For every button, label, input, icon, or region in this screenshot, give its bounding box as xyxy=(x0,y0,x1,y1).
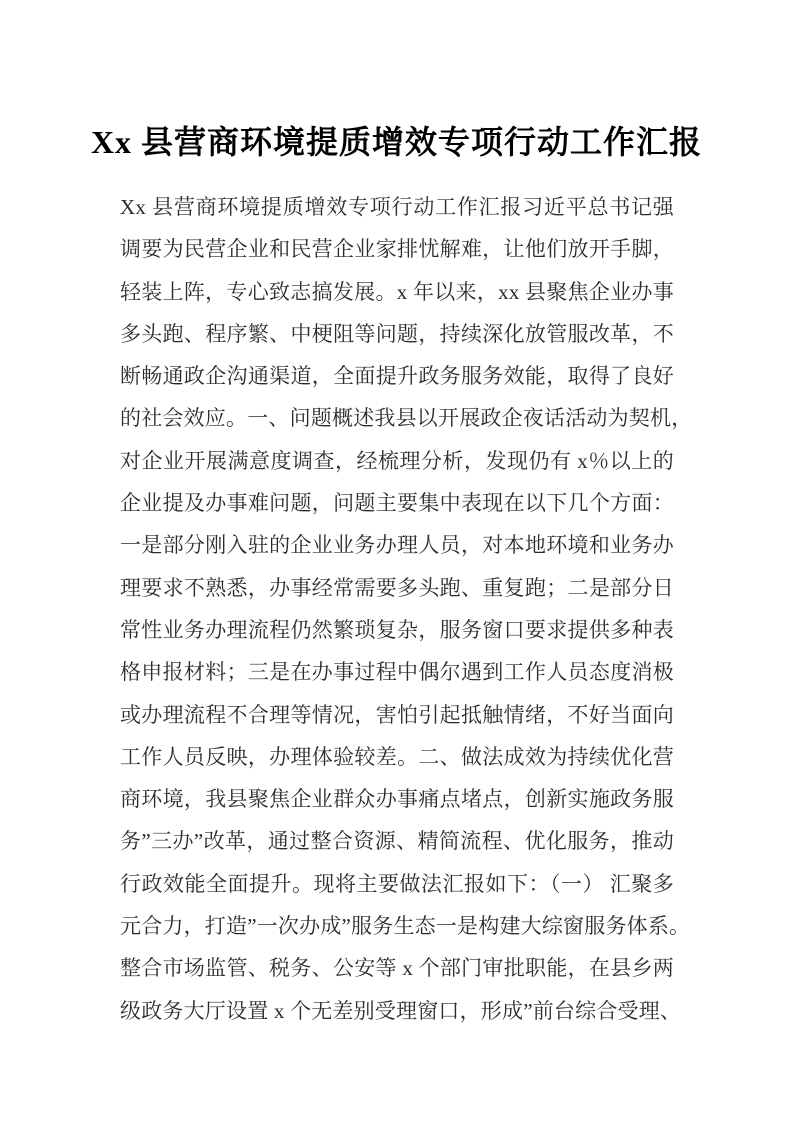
document-body: Xx 县营商环境提质增效专项行动工作汇报习近平总书记强调要为民营企业和民营企业家… xyxy=(120,186,674,1032)
body-line: Xx 县营商环境提质增效专项行动工作汇报习近平总书记强 xyxy=(120,186,674,228)
body-line: 常性业务办理流程仍然繁琐复杂，服务窗口要求提供多种表 xyxy=(120,609,674,651)
body-line: 工作人员反映，办理体验较差。二、做法成效为持续优化营 xyxy=(120,736,674,778)
body-line: 理要求不熟悉，办事经常需要多头跑、重复跑；二是部分日 xyxy=(120,567,674,609)
body-line: 元合力，打造”一次办成”服务生态一是构建大综窗服务体系。 xyxy=(120,905,674,947)
body-line: 务”三办”改革，通过整合资源、精简流程、优化服务，推动 xyxy=(120,820,674,862)
body-line: 轻装上阵，专心致志搞发展。x 年以来，xx 县聚焦企业办事 xyxy=(120,271,674,313)
body-line: 断畅通政企沟通渠道，全面提升政务服务效能，取得了良好 xyxy=(120,355,674,397)
body-line: 级政务大厅设置 x 个无差别受理窗口，形成”前台综合受理、 xyxy=(120,990,674,1032)
document-title: Xx 县营商环境提质增效专项行动工作汇报 xyxy=(60,118,733,166)
body-line: 企业提及办事难问题，问题主要集中表现在以下几个方面： xyxy=(120,482,674,524)
body-line: 商环境，我县聚焦企业群众办事痛点堵点，创新实施政务服 xyxy=(120,778,674,820)
body-line: 或办理流程不合理等情况，害怕引起抵触情绪，不好当面向 xyxy=(120,694,674,736)
body-line: 对企业开展满意度调查，经梳理分析，发现仍有 x％以上的 xyxy=(120,440,674,482)
body-line: 整合市场监管、税务、公安等 x 个部门审批职能，在县乡两 xyxy=(120,947,674,989)
body-line: 多头跑、程序繁、中梗阻等问题，持续深化放管服改革，不 xyxy=(120,313,674,355)
body-line: 一是部分刚入驻的企业业务办理人员，对本地环境和业务办 xyxy=(120,524,674,566)
body-line: 调要为民营企业和民营企业家排忧解难，让他们放开手脚， xyxy=(120,228,674,270)
body-line: 格申报材料；三是在办事过程中偶尔遇到工作人员态度消极 xyxy=(120,651,674,693)
document-page: Xx 县营商环境提质增效专项行动工作汇报 Xx 县营商环境提质增效专项行动工作汇… xyxy=(0,0,793,1122)
body-line: 的社会效应。一、问题概述我县以开展政企夜话活动为契机， xyxy=(120,397,674,439)
body-line: 行政效能全面提升。现将主要做法汇报如下：（一） 汇聚多 xyxy=(120,863,674,905)
